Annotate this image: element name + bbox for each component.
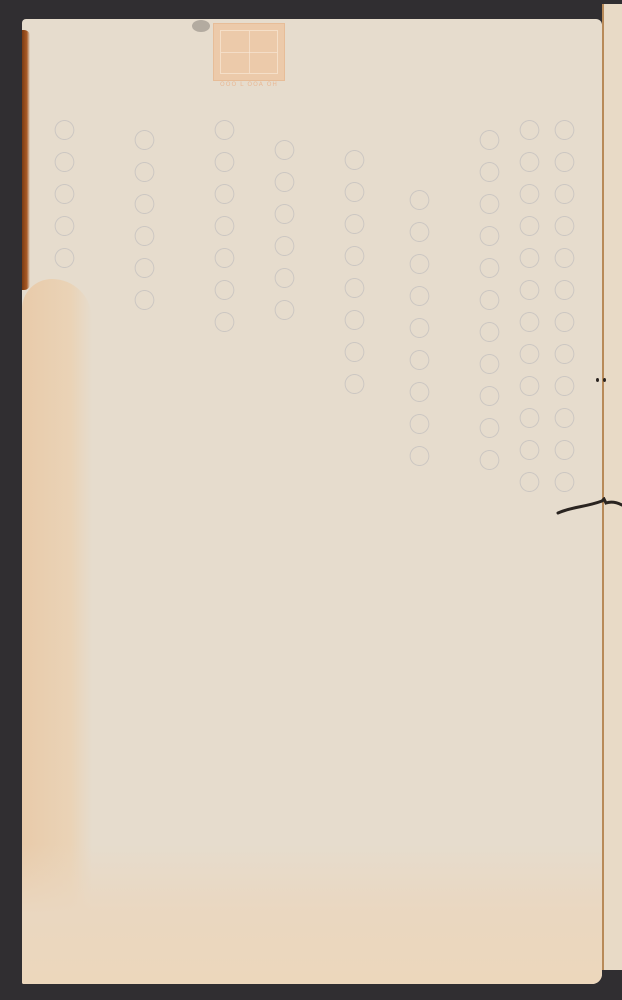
ink-dot [596,378,599,382]
ink-stroke-mark [556,497,622,517]
bleed-through-column: 〇〇〇〇〇〇〇〇〇〇〇〇 [551,119,582,503]
ink-dot [603,378,606,382]
bleed-through-column: 〇〇〇〇〇〇〇 [211,119,242,343]
bleed-through-column: 〇〇〇〇〇〇〇〇 [341,149,372,405]
manuscript-page: 〇〇〇〇〇〇〇〇〇〇〇〇 〇〇〇〇〇〇〇〇〇〇〇〇 〇〇〇〇〇〇〇〇〇〇〇 〇〇… [22,19,602,984]
bleed-through-column: 〇〇〇〇〇〇〇〇〇〇〇 [476,129,507,481]
bleed-through-column: 〇〇〇〇〇 [51,119,82,279]
seal-caption: OOO L OOA OH [213,81,285,88]
page-edge-stain [22,30,30,290]
collection-seal-stamp [213,23,285,81]
bleed-through-column: 〇〇〇〇〇〇 [131,129,162,321]
adjacent-page-edge [602,4,622,970]
bleed-through-column: 〇〇〇〇〇〇〇〇〇 [406,189,437,477]
bleed-through-column: 〇〇〇〇〇〇〇〇〇〇〇〇 [516,119,547,503]
bleed-through-column: 〇〇〇〇〇〇 [271,139,302,331]
ink-smudge [192,20,210,32]
